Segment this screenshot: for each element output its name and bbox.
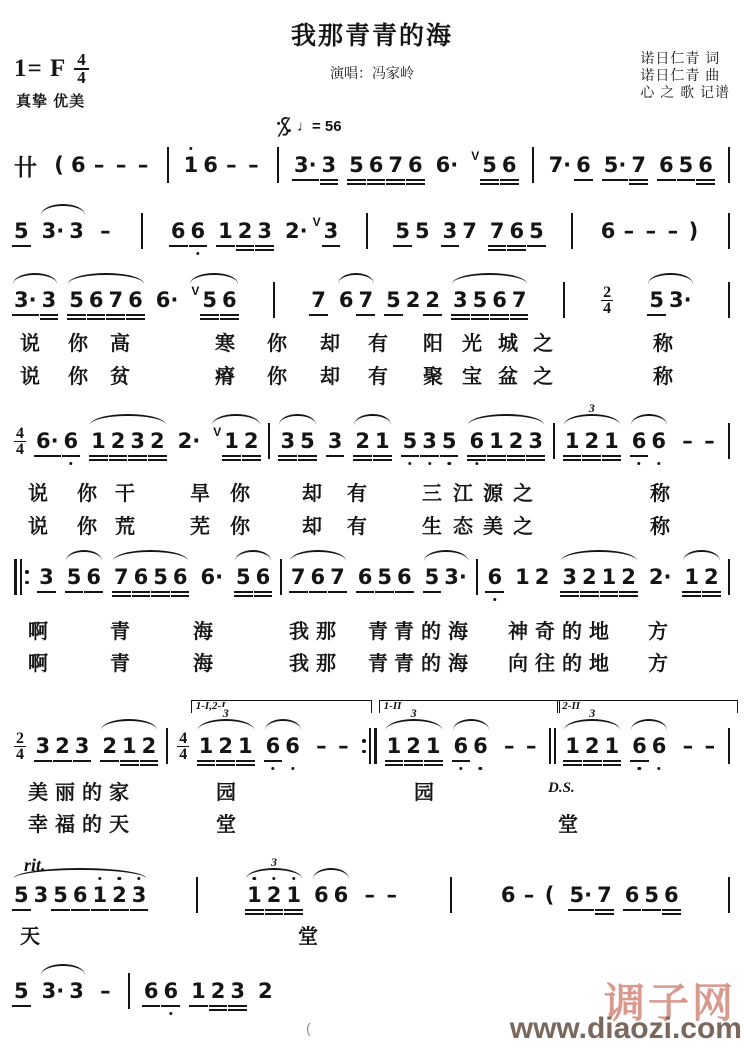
lyric-syllable: 方 [648, 647, 668, 676]
beam-line [148, 455, 167, 457]
note: 6 [128, 287, 143, 313]
beam-line [200, 318, 219, 320]
slur-arc [41, 964, 85, 975]
barline [280, 558, 282, 596]
transcriber-credit: 心 之 歌 记谱 [640, 84, 730, 101]
note: 5 [403, 428, 418, 454]
barline-stroke [141, 213, 143, 249]
lyric-syllable: 有 [347, 510, 367, 539]
beam-line [393, 245, 412, 247]
note-group: 656 [659, 152, 713, 178]
lyric-syllable: 海 [448, 647, 468, 676]
note-group: 53· [425, 564, 467, 590]
barline-stroke [167, 147, 169, 183]
lyric-syllable: 瘠 [215, 360, 235, 389]
note: 2· [178, 428, 201, 454]
barline [728, 212, 730, 250]
notes-row: 卄(6–––16––3·356766·V567·65·7656 [0, 148, 744, 182]
beam-line [682, 591, 701, 593]
note-group: 3121 [565, 428, 619, 454]
barline [166, 727, 168, 765]
slur-arc [190, 273, 237, 284]
note: 2 [621, 564, 636, 590]
volta-bracket: 2-II [557, 700, 738, 713]
time-signature-top: 4 [177, 731, 189, 747]
note: 6 [652, 733, 667, 759]
note: – [642, 218, 659, 244]
lyric-syllable: 美 [28, 776, 48, 805]
notes-row: 446·612322·V12353215356123312166–– [0, 424, 744, 458]
lyric-syllable: 有 [368, 327, 388, 356]
note: 3· [14, 287, 37, 313]
note-group: 66 [632, 428, 666, 454]
beam-line [189, 1005, 208, 1007]
volta-bracket: 1-II [379, 700, 560, 713]
slur-arc [452, 273, 528, 284]
barline-stroke [728, 728, 730, 764]
beam-line [420, 455, 439, 457]
note: – [701, 733, 718, 759]
note: 5 [679, 152, 694, 178]
barline-stroke [549, 728, 551, 764]
note-group: 7 [311, 287, 326, 313]
note-group: 3·3 [42, 218, 84, 244]
beam-line [467, 455, 486, 457]
note-group: 323 [36, 733, 90, 759]
note: 6 [454, 733, 469, 759]
lyric-syllable: 青 [368, 615, 388, 644]
beam-line [507, 245, 526, 247]
lyric-syllable: 之 [513, 510, 533, 539]
octave-dot-high [272, 877, 275, 880]
beam-line [510, 318, 529, 320]
slur-arc [631, 414, 667, 425]
beam-line [278, 459, 297, 461]
note: 6 [144, 978, 159, 1004]
barline [128, 972, 130, 1010]
note: – [523, 733, 540, 759]
note: 5 [644, 882, 659, 908]
measure: 53·3– [14, 218, 114, 244]
note: – [113, 152, 130, 178]
lyric-line: 啊青海我那青青的海向往的地方 [0, 647, 744, 675]
beam-line [130, 909, 149, 911]
notation-system: 53·3–661232·V355377656–––) [0, 214, 744, 248]
measure: 323212 [36, 733, 157, 759]
note: 5 [649, 287, 664, 313]
beam-line [216, 760, 235, 762]
note-group: 55 [395, 218, 429, 244]
note: 7 [330, 564, 345, 590]
beam-line [65, 591, 84, 593]
note-group: 7·6 [549, 152, 591, 178]
beam-line [169, 245, 188, 247]
note: 6 [163, 978, 178, 1004]
beam-line [151, 591, 170, 593]
beam-line [451, 314, 470, 316]
note-group: V12 [213, 428, 258, 454]
note: 1 [684, 564, 699, 590]
beam-line [284, 913, 303, 915]
note: 6 [73, 882, 88, 908]
slur-arc [564, 414, 620, 425]
slur-arc [313, 868, 349, 879]
beam-line [574, 179, 593, 181]
note: 6 [71, 152, 86, 178]
beam-line [126, 314, 145, 316]
beam-line [623, 909, 642, 911]
lyric-line: 啊青海我那青青的海神奇的地方 [0, 615, 744, 643]
lyric-syllable: 青 [394, 647, 414, 676]
lyric-syllable: 有 [368, 360, 388, 389]
note: 3 [42, 287, 57, 313]
note: 6 [632, 428, 647, 454]
triplet-number: 3 [221, 707, 231, 719]
measure: 312166–– [247, 882, 400, 908]
octave-dot-low [493, 598, 496, 601]
note: 3 [324, 218, 339, 244]
note: – [701, 428, 718, 454]
note: – [383, 882, 400, 908]
beam-line [120, 760, 139, 762]
octave-dot-low [291, 767, 294, 770]
beam-line [128, 459, 147, 461]
note-group: –– [501, 733, 540, 759]
note: 5 [53, 882, 68, 908]
volta-bracket: 1-I,2-I [191, 700, 372, 713]
note: 5 [202, 287, 217, 313]
time-signature: 44 [177, 731, 189, 762]
dal-segno-marking: D.S. [548, 780, 575, 797]
beam-line [657, 179, 676, 181]
note: – [135, 152, 152, 178]
note-group: 1232 [91, 428, 165, 454]
note: 5 [14, 218, 29, 244]
lyric-line: 说你荒芜你却有生态美之称 [0, 510, 744, 538]
lyric-syllable: 家 [109, 776, 129, 805]
note: 2 [244, 428, 259, 454]
repeat-dots [361, 739, 367, 753]
beam-line [375, 591, 394, 593]
note: 1 [93, 882, 108, 908]
beam-line [110, 909, 129, 911]
note: 1 [605, 733, 620, 759]
beam-line [367, 183, 386, 185]
beam-line [12, 314, 39, 316]
octave-dot-low [69, 462, 72, 465]
barline-stroke [532, 147, 534, 183]
lyric-syllable: 海 [193, 647, 213, 676]
note: ( [52, 152, 66, 178]
triplet-number: 3 [269, 856, 279, 868]
note: 1 [199, 733, 214, 759]
slur-arc [386, 719, 442, 730]
octave-dot-low [428, 462, 431, 465]
note: 1 [184, 152, 199, 178]
note: 6 [203, 152, 218, 178]
barline [553, 422, 555, 460]
beam-line [132, 591, 151, 593]
lyric-syllable: 你 [68, 327, 88, 356]
barline [268, 422, 270, 460]
measure: 61232122·12 [487, 564, 718, 590]
note-group: V56 [191, 287, 236, 313]
beam-line [87, 318, 106, 320]
beam-line [234, 595, 253, 597]
beam-line [255, 249, 274, 251]
triplet-number: 3 [409, 707, 419, 719]
beam-line [51, 909, 70, 911]
note-group: 3567 [453, 287, 527, 313]
note: 6 [173, 564, 188, 590]
note: 2 [582, 564, 597, 590]
note: 1 [218, 218, 233, 244]
note: 7 [291, 564, 306, 590]
beam-line [132, 595, 151, 597]
beam-line [580, 595, 599, 597]
beam-line [220, 318, 239, 320]
note-group: 3121 [565, 733, 619, 759]
beam-line [385, 760, 404, 762]
note-group: 765 [490, 218, 544, 244]
time-signature-bottom: 4 [16, 442, 24, 457]
note: 6 [601, 218, 616, 244]
watermark-site-url: www.diaozi.com [510, 1012, 742, 1046]
note: 5 [153, 564, 168, 590]
note: 1 [375, 428, 390, 454]
note: 2 [585, 733, 600, 759]
note-group: 66 [171, 218, 205, 244]
beam-line [140, 764, 159, 766]
beam-line [234, 591, 253, 593]
beam-line [209, 1009, 228, 1011]
beam-line [128, 455, 147, 457]
song-title: 我那青青的海 [0, 16, 744, 52]
note-group: 123 [218, 218, 272, 244]
beam-line [356, 591, 375, 593]
note: 7 [512, 287, 527, 313]
breath-mark: V [313, 215, 321, 229]
note: 6 [473, 733, 488, 759]
measure: 5537765 [395, 218, 543, 244]
note: 5 [14, 978, 29, 1004]
lyric-syllable: 之 [533, 327, 553, 356]
note-group: 12 [515, 564, 549, 590]
barline-stroke [196, 877, 198, 913]
note-group: 35 [280, 428, 314, 454]
lyric-syllable: 地 [589, 615, 609, 644]
note: 6 [397, 564, 412, 590]
triplet-number: 3 [587, 402, 597, 414]
note-group: V56 [471, 152, 516, 178]
beam-line [298, 459, 317, 461]
lyric-syllable: 芜 [190, 510, 210, 539]
lyric-syllable: 向 [508, 647, 528, 676]
beam-line [84, 591, 103, 593]
barline [273, 281, 275, 319]
note: 7· [549, 152, 572, 178]
note: 2 [535, 564, 550, 590]
note-group: –– [679, 733, 718, 759]
beam-line [404, 764, 423, 766]
breath-mark: V [191, 284, 199, 298]
note-group: 5356123 [14, 882, 146, 908]
note-group: 767 [291, 564, 345, 590]
barline-stroke [728, 559, 730, 595]
beam-line [200, 314, 219, 316]
ritardando-marking: rit. [24, 855, 46, 876]
note: ) [686, 218, 700, 244]
barline [728, 727, 730, 765]
time-signature: 24 [601, 285, 613, 316]
note: ( [543, 882, 557, 908]
beam-line [242, 459, 261, 461]
note: 3 [34, 882, 49, 908]
beam-line [642, 909, 661, 911]
tempo-marking: ♩= 56 [276, 118, 342, 138]
note: 5 [386, 287, 401, 313]
lyric-syllable: 福 [55, 808, 75, 837]
barline [532, 146, 534, 184]
repeat-dot [362, 750, 366, 754]
note: 6 [487, 564, 502, 590]
beam-line [34, 760, 53, 762]
beam-line [490, 314, 509, 316]
note: 7 [631, 152, 646, 178]
octave-dot-low [196, 252, 199, 255]
beam-line [595, 913, 614, 915]
beam-line [12, 909, 31, 911]
beam-line [309, 314, 328, 316]
slur-arc [68, 273, 144, 284]
beam-line [89, 455, 108, 457]
beam-line [441, 245, 460, 247]
barline-stroke [728, 423, 730, 459]
note: 5 [529, 218, 544, 244]
beam-line [40, 318, 59, 320]
note-group: 6·6 [36, 428, 78, 454]
note: 3 [36, 733, 51, 759]
barline-stroke [128, 973, 130, 1009]
composer-credit: 诺日仁青 曲 [640, 67, 730, 84]
note: 1 [515, 564, 530, 590]
lyric-syllable: 旱 [190, 477, 210, 506]
note-group: 2·V3 [285, 218, 338, 244]
barline-stroke [728, 877, 730, 913]
note: – [679, 733, 696, 759]
time-signature-bottom: 4 [16, 747, 24, 762]
note: 2 [355, 428, 370, 454]
beam-line [322, 245, 341, 247]
beam-line [602, 179, 629, 181]
credits-block: 诺日仁青 词 诺日仁青 曲 心 之 歌 记谱 [640, 50, 730, 101]
note: 6 [509, 218, 524, 244]
note-group: 21 [355, 428, 389, 454]
barline [571, 212, 573, 250]
note-group: (6––– [52, 152, 152, 178]
segno-icon [276, 118, 292, 138]
slur-arc [212, 414, 259, 425]
note: 1 [122, 733, 137, 759]
beam-line [367, 179, 386, 181]
note: – [679, 428, 696, 454]
note: 6 [502, 152, 517, 178]
note: 3 [443, 218, 458, 244]
beam-line [71, 909, 90, 911]
beam-line [12, 245, 31, 247]
lyric-syllable: 的 [562, 615, 582, 644]
note: 6 [86, 564, 101, 590]
lyric-syllable: 说 [20, 360, 40, 389]
note-group: 53· [649, 287, 691, 313]
beam-line [395, 591, 414, 593]
beam-line [40, 314, 59, 316]
partial-glyph: ( [306, 1020, 311, 1036]
octave-dot-low [657, 462, 660, 465]
beam-line [228, 1005, 247, 1007]
note: 7 [358, 287, 373, 313]
barline [196, 876, 198, 914]
lyric-syllable: 青 [110, 615, 130, 644]
lyric-syllable: 往 [535, 647, 555, 676]
beam-line [583, 760, 602, 762]
repeat-dot [25, 581, 29, 585]
note: – [97, 978, 114, 1004]
note: 2 [150, 428, 165, 454]
barline [167, 146, 169, 184]
beam-line [406, 183, 425, 185]
note: 5 [482, 152, 497, 178]
note: 3 [230, 978, 245, 1004]
lyric-syllable: 荒 [115, 510, 135, 539]
note: 1 [565, 733, 580, 759]
barline [563, 281, 565, 319]
beam-line [140, 760, 159, 762]
beam-line [126, 318, 145, 320]
beam-line [471, 314, 490, 316]
beam-line [309, 591, 328, 593]
beam-line [197, 760, 216, 762]
note: 2 [142, 733, 157, 759]
slur-arc [66, 550, 102, 561]
beam-line [595, 909, 614, 911]
volta-label: 1-II [384, 701, 402, 712]
beam-line [696, 179, 715, 181]
note-group: – [97, 978, 114, 1004]
beam-line [423, 591, 442, 593]
barline-stroke [277, 147, 279, 183]
note: 2 [509, 428, 524, 454]
note-group: 3 [328, 428, 343, 454]
lyric-syllable: 阳 [423, 327, 443, 356]
time-signature-top: 2 [14, 731, 26, 747]
note: 5· [604, 152, 627, 178]
note: 1 [565, 428, 580, 454]
beam-line [320, 183, 339, 185]
note: 6 [651, 428, 666, 454]
lyric-syllable: 园 [216, 776, 236, 805]
lyric-syllable: 啊 [28, 647, 48, 676]
note: 6 [492, 287, 507, 313]
beam-line [326, 455, 345, 457]
note: – [245, 152, 262, 178]
barline-stroke [166, 728, 168, 764]
note: 5 [442, 428, 457, 454]
note-group: 2· [178, 428, 201, 454]
note: – [664, 218, 681, 244]
slur-arc [424, 550, 468, 561]
beam-line [404, 760, 423, 762]
